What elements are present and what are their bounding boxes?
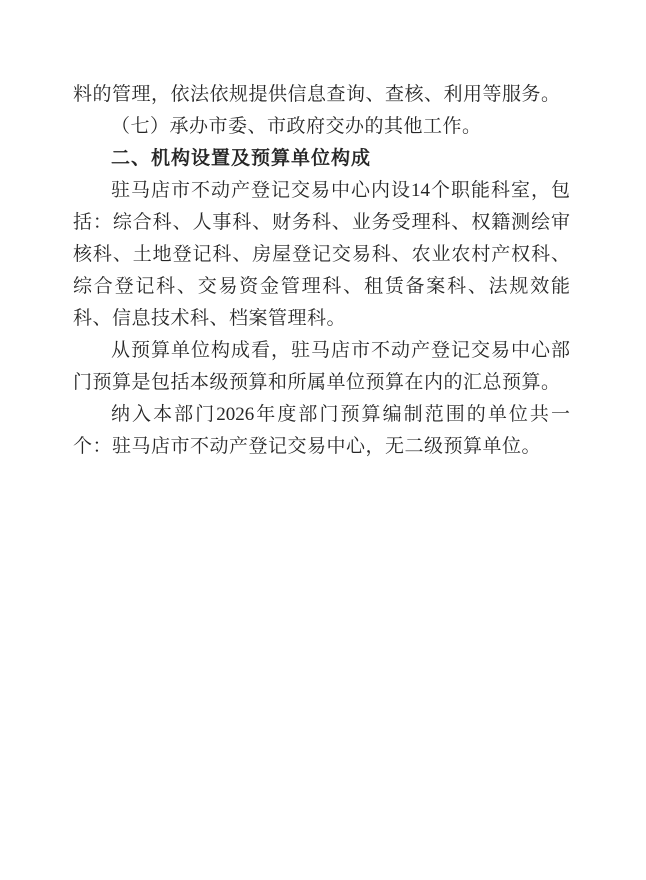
section-heading-org-setup: 二、机构设置及预算单位构成 — [73, 143, 570, 175]
body-line-paragraph-end: 科、信息技术科、档案管理科。 — [73, 303, 570, 335]
body-line: 综合登记科、交易资金管理科、租赁备案科、法规效能 — [73, 271, 570, 303]
body-line-item-seven: （七）承办市委、市政府交办的其他工作。 — [73, 111, 570, 143]
body-line-continuation: 料的管理，依法依规提供信息查询、查核、利用等服务。 — [73, 79, 570, 111]
document-page: 料的管理，依法依规提供信息查询、查核、利用等服务。 （七）承办市委、市政府交办的… — [0, 0, 646, 880]
body-line: 括：综合科、人事科、财务科、业务受理科、权籍测绘审 — [73, 207, 570, 239]
body-line: 从预算单位构成看，驻马店市不动产登记交易中心部 — [73, 335, 570, 367]
body-line: 核科、土地登记科、房屋登记交易科、农业农村产权科、 — [73, 239, 570, 271]
body-line: 纳入本部门2026年度部门预算编制范围的单位共一 — [73, 399, 570, 431]
body-line: 驻马店市不动产登记交易中心内设14个职能科室，包 — [73, 175, 570, 207]
body-line-paragraph-end: 门预算是包括本级预算和所属单位预算在内的汇总预算。 — [73, 367, 570, 399]
document-text-block: 料的管理，依法依规提供信息查询、查核、利用等服务。 （七）承办市委、市政府交办的… — [73, 79, 570, 463]
body-line-paragraph-end: 个：驻马店市不动产登记交易中心，无二级预算单位。 — [73, 431, 570, 463]
